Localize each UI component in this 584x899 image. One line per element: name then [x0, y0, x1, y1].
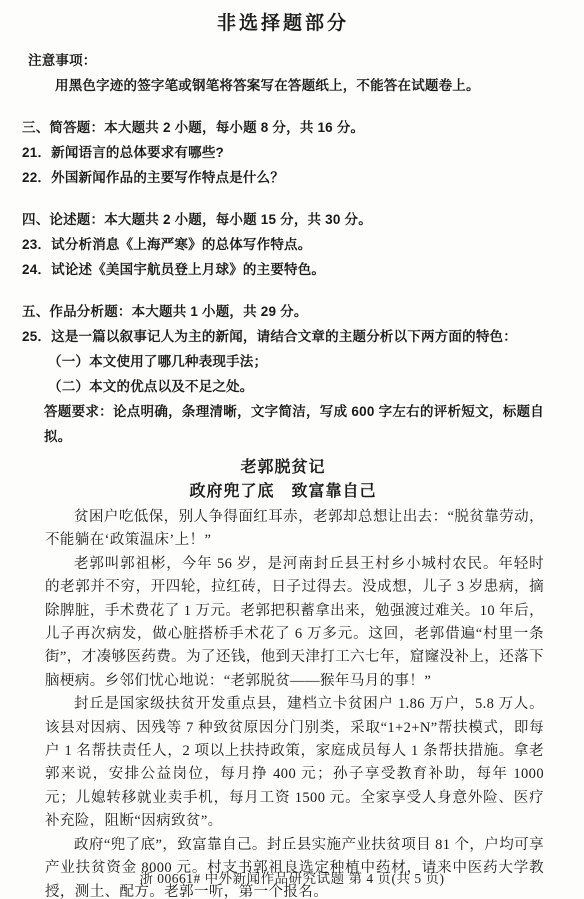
question-25-stem: 25．这是一篇以叙事记人为主的新闻，请结合文章的主题分析以下两方面的特色： [22, 324, 544, 349]
notice-text: 用黑色字迹的签字笔或钢笔将答案写在答题纸上，不能答在试题卷上。 [55, 73, 544, 98]
question-25-subitem-2: （二）本文的优点以及不足之处。 [48, 374, 544, 399]
article-title: 老郭脱贫记 [22, 456, 544, 480]
notice-label: 注意事项： [28, 48, 544, 73]
article-paragraph: 贫困户吃低保，别人争得面红耳赤，老郭却总想让出去：“脱贫靠劳动，不能躺在‘政策温… [45, 506, 544, 553]
article-subtitle: 政府兜了底 致富靠自己 [22, 480, 544, 504]
question-25-subitem-1: （一）本文使用了哪几种表现手法； [48, 349, 544, 374]
exam-page: 非选择题部分 注意事项： 用黑色字迹的签字笔或钢笔将答案写在答题纸上，不能答在试… [0, 0, 584, 899]
article-paragraph: 老郭叫郭祖彬，今年 56 岁，是河南封丘县王村乡小城村农民。年轻时的老郭并不穷，… [45, 553, 544, 693]
news-article: 老郭脱贫记 政府兜了底 致富靠自己 贫困户吃低保，别人争得面红耳赤，老郭却总想让… [22, 456, 544, 899]
question-24: 24．试论述《美国宇航员登上月球》的主要特色。 [22, 257, 544, 282]
page-title: 非选择题部分 [22, 8, 544, 35]
page-footer: 浙 00661# 中外新闻作品研究试题 第 4 页(共 5 页) [0, 867, 584, 887]
section-heading: 三、简答题：本大题共 2 小题，每小题 8 分，共 16 分。 [22, 115, 544, 140]
section-essay: 四、论述题：本大题共 2 小题，每小题 15 分，共 30 分。 23．试分析消… [22, 207, 544, 282]
question-21: 21．新闻语言的总体要求有哪些? [22, 140, 544, 165]
answer-requirement: 答题要求：论点明确，条理清晰，文字简洁，写成 600 字左右的评析短文，标题自拟… [44, 399, 544, 449]
notice-block: 注意事项： 用黑色字迹的签字笔或钢笔将答案写在答题纸上，不能答在试题卷上。 [22, 48, 544, 98]
section-heading: 五、作品分析题：本大题共 1 小题，共 29 分。 [22, 299, 544, 324]
section-heading: 四、论述题：本大题共 2 小题，每小题 15 分，共 30 分。 [22, 207, 544, 232]
section-analysis: 五、作品分析题：本大题共 1 小题，共 29 分。 25．这是一篇以叙事记人为主… [22, 299, 544, 449]
section-short-answer: 三、简答题：本大题共 2 小题，每小题 8 分，共 16 分。 21．新闻语言的… [22, 115, 544, 190]
question-22: 22．外国新闻作品的主要写作特点是什么？ [22, 165, 544, 190]
question-23: 23．试分析消息《上海严寒》的总体写作特点。 [22, 232, 544, 257]
article-paragraph: 封丘是国家级扶贫开发重点县，建档立卡贫困户 1.86 万户，5.8 万人。该县对… [45, 693, 544, 833]
